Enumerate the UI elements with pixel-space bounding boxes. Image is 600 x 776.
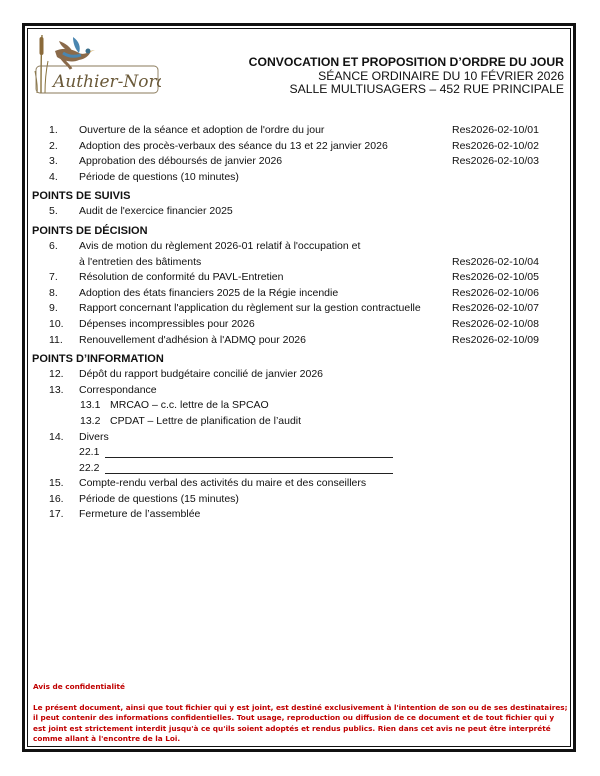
resolution-number: Res2026-02-10/07 <box>452 301 539 317</box>
agenda-item: 9.Rapport concernant l'application du rè… <box>32 301 562 317</box>
item-text: Divers <box>79 430 109 446</box>
agenda-item: 11.Renouvellement d'adhésion à l'ADMQ po… <box>32 333 562 349</box>
item-number: 12. <box>49 367 64 383</box>
subitem-text: CPDAT – Lettre de planification de l’aud… <box>110 414 301 430</box>
subitem-number: 13.1 <box>80 398 100 414</box>
closing-items: 15.Compte-rendu verbal des activités du … <box>32 476 562 523</box>
agenda-item-continuation: à l'entretien des bâtimentsRes2026-02-10… <box>32 255 562 271</box>
section-heading-decision: POINTS DE DÉCISION <box>32 224 562 239</box>
blank-entry: 22.1 <box>32 445 562 461</box>
subitem-text: MRCAO – c.c. lettre de la SPCAO <box>110 398 269 414</box>
agenda-item: 4.Période de questions (10 minutes) <box>32 170 562 186</box>
item-number: 15. <box>49 476 64 492</box>
blank-fill-line <box>105 473 393 474</box>
item-number: 3. <box>49 154 58 170</box>
item-text: Renouvellement d'adhésion à l'ADMQ pour … <box>79 333 306 349</box>
item-number: 13. <box>49 383 64 399</box>
item-text: Dépôt du rapport budgétaire concilié de … <box>79 367 323 383</box>
item-number: 6. <box>49 239 58 255</box>
item-text-continued: à l'entretien des bâtiments <box>79 255 201 271</box>
session-location: SALLE MULTIUSAGERS – 452 RUE PRINCIPALE <box>249 83 564 97</box>
decision-items: 6.Avis de motion du règlement 2026-01 re… <box>32 239 562 348</box>
item-text: Ouverture de la séance et adoption de l'… <box>79 123 324 139</box>
item-text: Approbation des déboursés de janvier 202… <box>79 154 282 170</box>
duck-cattail-logo-icon: Authier-Nord <box>33 31 161 95</box>
agenda-item: 6.Avis de motion du règlement 2026-01 re… <box>32 239 562 255</box>
item-number: 16. <box>49 492 64 508</box>
resolution-number: Res2026-02-10/02 <box>452 139 539 155</box>
agenda-item: 8.Adoption des états financiers 2025 de … <box>32 286 562 302</box>
section-heading-suivis: POINTS DE SUIVIS <box>32 189 562 204</box>
agenda-item: 3.Approbation des déboursés de janvier 2… <box>32 154 562 170</box>
agenda: 1.Ouverture de la séance et adoption de … <box>32 123 562 523</box>
agenda-item: 16.Période de questions (15 minutes) <box>32 492 562 508</box>
blank-number: 22.1 <box>79 445 99 461</box>
item-text: Résolution de conformité du PAVL-Entreti… <box>79 270 283 286</box>
blank-number: 22.2 <box>79 461 99 477</box>
subitem-number: 13.2 <box>80 414 100 430</box>
agenda-item: 10.Dépenses incompressibles pour 2026Res… <box>32 317 562 333</box>
agenda-item: 12. Dépôt du rapport budgétaire concilié… <box>32 367 562 383</box>
item-text: Avis de motion du règlement 2026-01 rela… <box>79 239 360 255</box>
item-text: Période de questions (15 minutes) <box>79 492 239 508</box>
confidentiality-notice: Avis de confidentialité Le présent docum… <box>33 682 568 745</box>
item-number: 1. <box>49 123 58 139</box>
item-text: Période de questions (10 minutes) <box>79 170 239 186</box>
agenda-item: 5.Audit de l'exercice financier 2025 <box>32 204 562 220</box>
item-number: 11. <box>49 333 63 349</box>
municipality-logo: Authier-Nord <box>33 31 161 95</box>
resolution-number: Res2026-02-10/05 <box>452 270 539 286</box>
resolution-number: Res2026-02-10/03 <box>452 154 539 170</box>
item-number: 14. <box>49 430 64 446</box>
agenda-item: 17.Fermeture de l’assemblée <box>32 507 562 523</box>
agenda-item: 14. Divers <box>32 430 562 446</box>
item-text: Correspondance <box>79 383 157 399</box>
item-text: Fermeture de l’assemblée <box>79 507 200 523</box>
suivis-items: 5.Audit de l'exercice financier 2025 <box>32 204 562 220</box>
blank-fill-line <box>105 457 393 458</box>
document-header: CONVOCATION ET PROPOSITION D’ORDRE DU JO… <box>249 56 564 97</box>
item-text: Audit de l'exercice financier 2025 <box>79 204 233 220</box>
item-number: 9. <box>49 301 58 317</box>
resolution-number: Res2026-02-10/09 <box>452 333 539 349</box>
blank-entry: 22.2 <box>32 461 562 477</box>
item-number: 2. <box>49 139 58 155</box>
agenda-subitem: 13.1 MRCAO – c.c. lettre de la SPCAO <box>32 398 562 414</box>
item-number: 7. <box>49 270 58 286</box>
confidentiality-body: Le présent document, ainsi que tout fich… <box>33 703 568 745</box>
document-title: CONVOCATION ET PROPOSITION D’ORDRE DU JO… <box>249 56 564 70</box>
item-text: Adoption des procès-verbaux des séance d… <box>79 139 388 155</box>
section-heading-information: POINTS D’INFORMATION <box>32 352 562 367</box>
item-number: 17. <box>49 507 64 523</box>
item-text: Compte-rendu verbal des activités du mai… <box>79 476 366 492</box>
item-number: 10. <box>49 317 64 333</box>
resolution-number: Res2026-02-10/04 <box>452 255 539 271</box>
item-number: 8. <box>49 286 58 302</box>
item-number: 4. <box>49 170 58 186</box>
opening-items: 1.Ouverture de la séance et adoption de … <box>32 123 562 185</box>
session-subtitle: SÉANCE ORDINAIRE DU 10 FÉVRIER 2026 <box>249 70 564 84</box>
agenda-item: 7.Résolution de conformité du PAVL-Entre… <box>32 270 562 286</box>
agenda-item: 1.Ouverture de la séance et adoption de … <box>32 123 562 139</box>
item-text: Adoption des états financiers 2025 de la… <box>79 286 338 302</box>
item-text: Dépenses incompressibles pour 2026 <box>79 317 255 333</box>
resolution-number: Res2026-02-10/08 <box>452 317 539 333</box>
agenda-item: 13. Correspondance <box>32 383 562 399</box>
svg-text:Authier-Nord: Authier-Nord <box>51 72 161 92</box>
confidentiality-title: Avis de confidentialité <box>33 682 568 693</box>
item-text: Rapport concernant l'application du règl… <box>79 301 421 317</box>
item-number: 5. <box>49 204 58 220</box>
resolution-number: Res2026-02-10/06 <box>452 286 539 302</box>
agenda-item: 2.Adoption des procès-verbaux des séance… <box>32 139 562 155</box>
agenda-item: 15.Compte-rendu verbal des activités du … <box>32 476 562 492</box>
resolution-number: Res2026-02-10/01 <box>452 123 539 139</box>
agenda-subitem: 13.2 CPDAT – Lettre de planification de … <box>32 414 562 430</box>
